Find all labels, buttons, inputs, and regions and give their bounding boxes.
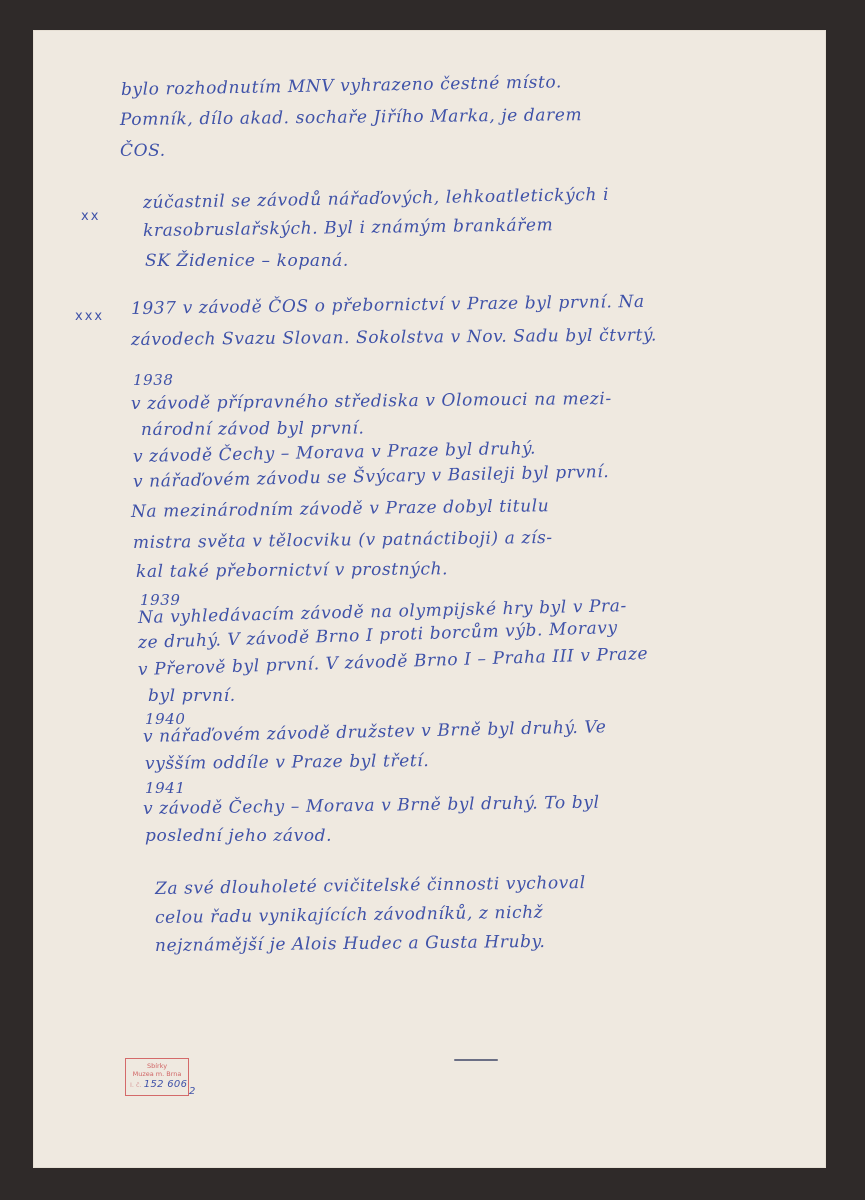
text-line: v závodě Čechy – Morava v Praze byl druh…	[133, 441, 536, 466]
stamp-inventory-prefix: I. č.	[130, 1081, 142, 1089]
text-line: Pomník, dílo akad. sochaře Jiřího Marka,…	[120, 107, 582, 129]
year-heading: 1940	[145, 712, 186, 727]
text-line: celou řadu vynikajících závodníků, z nic…	[155, 905, 544, 927]
scanned-document: bylo rozhodnutím MNV vyhrazeno čestné mí…	[0, 0, 865, 1200]
stamp-inventory-number: 152 606	[144, 1079, 187, 1090]
text-line: zúčastnil se závodů nářaďových, lehkoatl…	[143, 187, 609, 212]
text-line: v nářaďovém závodu se Švýcary v Basileji…	[133, 464, 610, 491]
text-line: závodech Svazu Slovan. Sokolstva v Nov. …	[131, 327, 657, 349]
footnote-marker-xx: xx	[81, 210, 100, 223]
text-line: v závodě Čechy – Morava v Brně byl druhý…	[143, 795, 600, 818]
collection-stamp: Sbírky Muzea m. Brna I. č. 152 606	[125, 1058, 189, 1096]
year-heading: 1939	[140, 593, 181, 608]
text-line: vyšším oddíle v Praze byl třetí.	[145, 753, 429, 773]
text-line: SK Židenice – kopaná.	[145, 253, 349, 270]
text-line: nejznámější je Alois Hudec a Gusta Hruby…	[155, 934, 546, 955]
text-line: byl první.	[148, 688, 236, 705]
text-line: bylo rozhodnutím MNV vyhrazeno čestné mí…	[121, 74, 562, 99]
stamp-inventory-suffix: 2	[189, 1086, 195, 1097]
closing-dash	[454, 1059, 498, 1061]
text-line: mistra světa v tělocviku (v patnáctiboji…	[133, 530, 553, 552]
text-line: v nářaďovém závodě družstev v Brně byl d…	[143, 719, 607, 746]
manuscript-page: bylo rozhodnutím MNV vyhrazeno čestné mí…	[33, 30, 826, 1168]
text-line: krasobruslařských. Byl i známým brankáře…	[143, 217, 554, 240]
text-line: ČOS.	[120, 143, 166, 160]
year-heading: 1938	[133, 373, 174, 388]
text-line: národní závod byl první.	[141, 420, 365, 439]
text-line: poslední jeho závod.	[145, 828, 332, 845]
text-line: Na mezinárodním závodě v Praze dobyl tit…	[131, 498, 550, 521]
text-line: v Přerově byl první. V závodě Brno I – P…	[138, 646, 649, 679]
stamp-line-2: Muzea m. Brna	[126, 1070, 188, 1078]
stamp-line-1: Sbírky	[126, 1062, 188, 1070]
text-line: kal také přebornictví v prostných.	[136, 561, 448, 581]
text-line: Za své dlouholeté cvičitelské činnosti v…	[155, 875, 586, 898]
stamp-inventory-row: I. č. 152 606	[126, 1079, 188, 1092]
text-line: 1937 v závodě ČOS o přebornictví v Praze…	[131, 294, 645, 318]
year-heading: 1941	[145, 781, 186, 796]
text-line: v závodě přípravného střediska v Olomouc…	[131, 391, 612, 413]
footnote-marker-xxx: xxx	[75, 310, 104, 323]
